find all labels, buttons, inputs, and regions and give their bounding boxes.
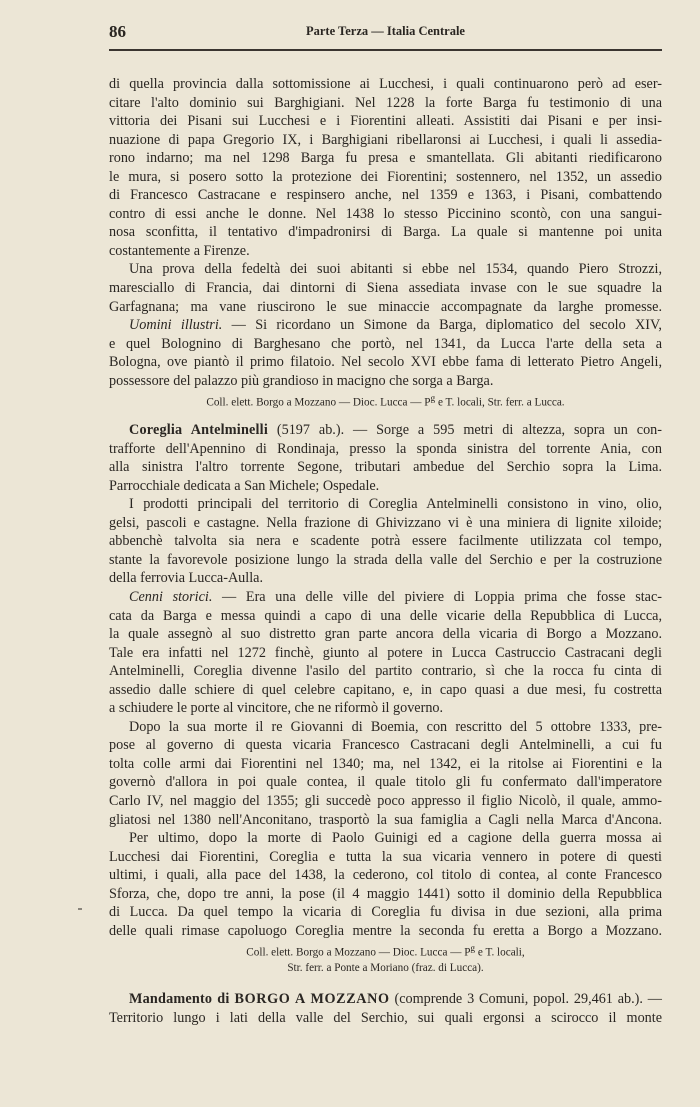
text-line: e quel Bolognino di Barghesano che portò… (109, 335, 662, 354)
text-line: alla sinistra l'altro torrente Segone, t… (109, 458, 662, 477)
text-line: Una prova della fedeltà dei suoi abitant… (109, 260, 662, 279)
text-line: della ferrovia Lucca-Aulla. (109, 569, 662, 588)
text-line: di quella provincia dalla sottomissione … (109, 75, 662, 94)
text-fragment: (5197 ab.). — Sorge a 595 metri di altez… (268, 422, 662, 438)
note-text: Coll. elett. Borgo a Mozzano — Dioc. Luc… (246, 947, 470, 959)
text-line: gliatosi nel 1380 nell'Anconitano, trasp… (109, 811, 662, 830)
text-line: cata da Barga e messa quindi a capo di u… (109, 607, 662, 626)
note-text: e T. locali, (475, 947, 525, 959)
text-line: Dopo la sua morte il re Giovanni di Boem… (109, 718, 662, 737)
header-rule (109, 49, 662, 51)
text-line: Territorio lungo i lati della valle del … (109, 1009, 662, 1028)
text-line: Mandamento di BORGO A MOZZANO (comprende… (109, 990, 662, 1009)
text-line: Coreglia Antelminelli (5197 ab.). — Sorg… (109, 421, 662, 440)
text-line: Tale era infatti nel 1272 finchè, giunto… (109, 644, 662, 663)
page-body: di quella provincia dalla sottomissione … (109, 75, 662, 1027)
scan-speck (78, 908, 82, 910)
text-line: trafforte dell'Apennino di Rondinaja, pr… (109, 440, 662, 459)
text-line: le mura, si posero sotto la protezione d… (109, 168, 662, 187)
text-line: Sforza, che, dopo tre anni, la pose (il … (109, 885, 662, 904)
entry-heading: Mandamento di (129, 991, 235, 1007)
text-line: assedio dalle schiere di quel celebre ca… (109, 681, 662, 700)
text-line: maresciallo di Francia, dai dintorni di … (109, 279, 662, 298)
text-line: possessore del palazzo più grandioso in … (109, 372, 662, 391)
text-fragment: — Si ricordano un Simone da Barga, diplo… (222, 317, 662, 333)
text-line: Antelminelli, Coreglia divenne l'asilo d… (109, 662, 662, 681)
text-line: Per ultimo, dopo la morte di Paolo Guini… (109, 829, 662, 848)
text-line: stante la favorevole posizione lungo la … (109, 551, 662, 570)
admin-note-coreglia: Coll. elett. Borgo a Mozzano — Dioc. Luc… (109, 942, 662, 976)
text-line: gelsi, pascoli e castagne. Nella frazion… (109, 514, 662, 533)
text-line: contro di essi anche le donne. Nel 1438 … (109, 205, 662, 224)
text-line: delle quali rimase capoluogo Coreglia me… (109, 922, 662, 941)
text-line: Garfagnana; ma vane riuscirono le sue mi… (109, 298, 662, 317)
paragraph-cenni-storici: Cenni storici. — Era una delle ville del… (109, 588, 662, 718)
text-line: Bologna, ove piantò il primo filatoio. N… (109, 353, 662, 372)
paragraph-prodotti: I prodotti principali del territorio di … (109, 495, 662, 588)
paragraph-coreglia-intro: Coreglia Antelminelli (5197 ab.). — Sorg… (109, 421, 662, 495)
paragraph-uomini-illustri: Uomini illustri. — Si ricordano un Simon… (109, 316, 662, 390)
text-line: Uomini illustri. — Si ricordano un Simon… (109, 316, 662, 335)
text-line: I prodotti principali del territorio di … (109, 495, 662, 514)
text-line: la quale assegnò al suo distretto gran p… (109, 625, 662, 644)
section-lead: Cenni storici. (129, 589, 212, 605)
text-fragment: — Era una delle ville del piviere di Lop… (212, 589, 662, 605)
paragraph-giovanni-boemia: Dopo la sua morte il re Giovanni di Boem… (109, 718, 662, 829)
text-line: nuazione di papa Gregorio IX, i Barghigi… (109, 131, 662, 150)
entry-heading: Coreglia Antelminelli (129, 422, 268, 438)
text-line: nosa sconfitta, il tentativo d'impadroni… (109, 223, 662, 242)
page-header: 86 Parte Terza — Italia Centrale (109, 22, 662, 44)
note-text: e T. locali, Str. ferr. a Lucca. (435, 397, 564, 409)
text-line: costantemente a Firenze. (109, 242, 662, 261)
admin-note-barga: Coll. elett. Borgo a Mozzano — Dioc. Luc… (109, 392, 662, 411)
paragraph-barga-history: di quella provincia dalla sottomissione … (109, 75, 662, 260)
text-line: citare l'alto dominio sui Barghigiani. N… (109, 94, 662, 113)
text-line: a schiudere le porte al vincitore, che n… (109, 699, 662, 718)
text-line: di Francesco Castracane e respinsero anc… (109, 186, 662, 205)
note-text: Str. ferr. a Ponte a Moriano (fraz. di L… (287, 962, 483, 974)
text-line: Carlo IV, nel maggio del 1355; gli succe… (109, 792, 662, 811)
entry-heading-caps: BORGO A MOZZANO (235, 991, 390, 1007)
text-line: ultimi, i quali, alla pace del 1438, la … (109, 866, 662, 885)
paragraph-mandamento: Mandamento di BORGO A MOZZANO (comprende… (109, 990, 662, 1027)
paragraph-per-ultimo: Per ultimo, dopo la morte di Paolo Guini… (109, 829, 662, 940)
text-line: Lucchesi dai Fiorentini, Coreglia e tutt… (109, 848, 662, 867)
text-fragment: (comprende 3 Comuni, popol. 29,461 ab.).… (390, 991, 662, 1007)
text-line: abbenchè talvolta sia nera e scadente po… (109, 532, 662, 551)
note-text: Coll. elett. Borgo a Mozzano — Dioc. Luc… (206, 397, 430, 409)
text-line: Parrocchiale dedicata a San Michele; Osp… (109, 477, 662, 496)
section-lead: Uomini illustri. (129, 317, 222, 333)
text-line: Cenni storici. — Era una delle ville del… (109, 588, 662, 607)
text-line: governò d'allora in poi quale contea, il… (109, 773, 662, 792)
text-line: tolta colle armi dai Fiorentini nel 1340… (109, 755, 662, 774)
paragraph-fedelta: Una prova della fedeltà dei suoi abitant… (109, 260, 662, 316)
running-title: Parte Terza — Italia Centrale (109, 24, 662, 39)
text-line: di Lucca. Da quel tempo la vicaria di Co… (109, 903, 662, 922)
text-line: rono indarno; ma nel 1298 Barga fu presa… (109, 149, 662, 168)
text-line: pose al governo di questa vicaria France… (109, 736, 662, 755)
text-line: vittoria dei Pisani sui Lucchesi e i Fio… (109, 112, 662, 131)
